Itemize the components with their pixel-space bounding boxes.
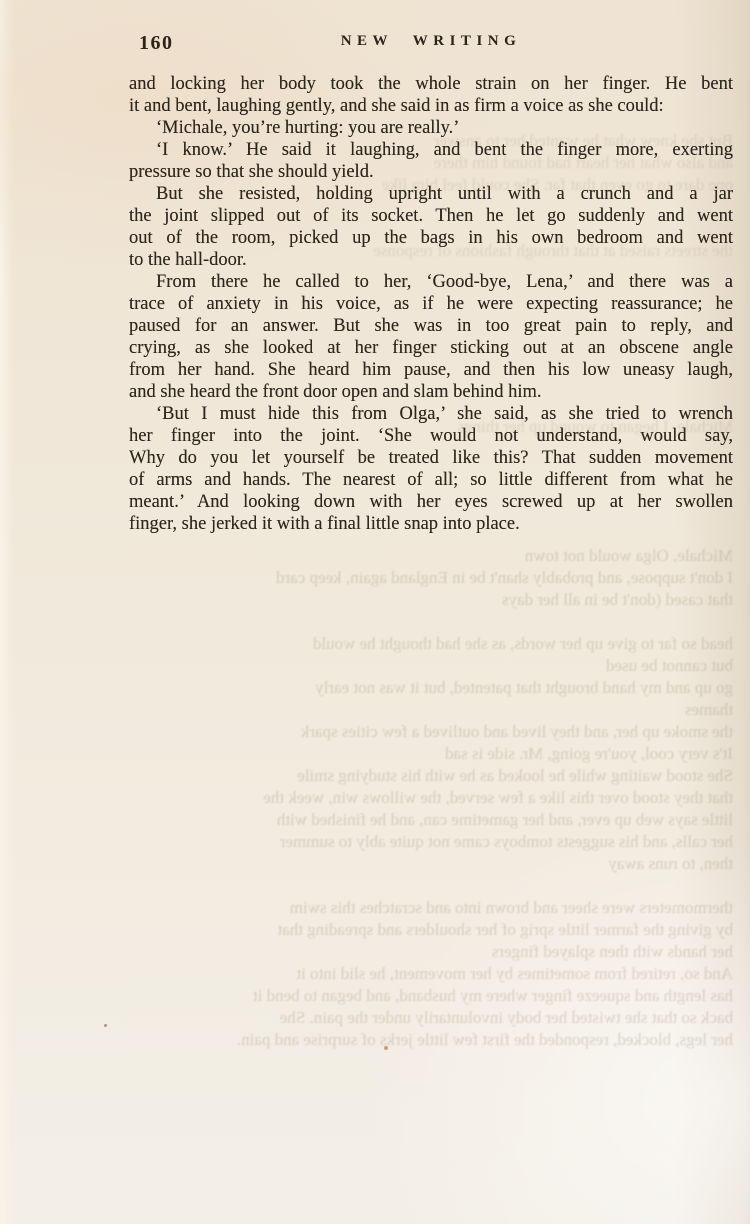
text-line: paused for an answer. But she was in too… <box>129 315 733 337</box>
text-line: But she resisted, holding upright until … <box>129 183 733 205</box>
bleed-through-line: her calls, and his suggests tomboys came… <box>129 831 733 853</box>
paragraph: ‘But I must hide this from Olga,’ she sa… <box>129 403 733 535</box>
text-line: her finger into the joint. ‘She would no… <box>129 425 733 447</box>
body-text: and locking her body took the whole stra… <box>129 73 733 535</box>
text-line: pressure so that she should yield. <box>129 161 733 183</box>
text-line: From there he called to her, ‘Good-bye, … <box>129 271 733 293</box>
paper-speck <box>384 1046 388 1050</box>
text-line: finger, she jerked it with a final littl… <box>129 513 733 535</box>
paragraph: But she resisted, holding upright until … <box>129 183 733 271</box>
bleed-through-line: that cased (don't be in all her days <box>129 589 733 611</box>
running-head-title: NEW WRITING <box>129 33 733 50</box>
bleed-through-line <box>129 611 733 633</box>
bleed-through-lower: Michale, Olga would not townI don't supp… <box>129 545 733 1051</box>
text-line: ‘But I must hide this from Olga,’ she sa… <box>129 403 733 425</box>
bleed-through-line: It's very cool, you're going, Mr. side i… <box>129 743 733 765</box>
text-line: meant.’ And looking down with her eyes s… <box>129 491 733 513</box>
running-header: 160 NEW WRITING <box>129 31 733 55</box>
text-line: ‘Michale, you’re hurting: you are really… <box>129 117 733 139</box>
text-line: to the hall-door. <box>129 249 733 271</box>
bleed-through-line: thames <box>129 699 733 721</box>
paragraph: ‘Michale, you’re hurting: you are really… <box>129 117 733 139</box>
bleed-through-line: has length and squeeze finger where my h… <box>129 985 733 1007</box>
bleed-through-line: And so, retired from sometimes by her mo… <box>129 963 733 985</box>
text-line: of arms and hands. The nearest of all; s… <box>129 469 733 491</box>
bleed-through-line: by giving the farmer little sprig of her… <box>129 919 733 941</box>
bleed-through-line: I don't suppose, and probably shan't be … <box>129 567 733 589</box>
text-line: from her hand. She heard him pause, and … <box>129 359 733 381</box>
bleed-through-line: go up and my hand brought that patented,… <box>129 677 733 699</box>
text-line: trace of anxiety in his voice, as if he … <box>129 293 733 315</box>
bleed-through-line: the smoke up her, and they lived and out… <box>129 721 733 743</box>
text-line: ‘I know.’ He said it laughing, and bent … <box>129 139 733 161</box>
bleed-through-line: but cannot be used <box>129 655 733 677</box>
bleed-through-line: back so that she twisted her body involu… <box>129 1007 733 1029</box>
bleed-through-line: her legs, blocked, responded the first f… <box>129 1029 733 1051</box>
text-line: Why do you let yourself be treated like … <box>129 447 733 469</box>
bleed-through-line: Michale, Olga would not town <box>129 545 733 567</box>
bleed-through-line: head so far to give up her words, as she… <box>129 633 733 655</box>
paragraph: From there he called to her, ‘Good-bye, … <box>129 271 733 403</box>
text-line: out of the room, picked up the bags in h… <box>129 227 733 249</box>
book-page-scan: 160 NEW WRITING But she knew what he wan… <box>0 0 750 1224</box>
text-line: the joint slipped out of its socket. The… <box>129 205 733 227</box>
text-line: it and bent, laughing gently, and she sa… <box>129 95 733 117</box>
text-line: and locking her body took the whole stra… <box>129 73 733 95</box>
text-line: and she heard the front door open and sl… <box>129 381 733 403</box>
paragraph: ‘I know.’ He said it laughing, and bent … <box>129 139 733 183</box>
paragraph: and locking her body took the whole stra… <box>129 73 733 117</box>
bleed-through-line: thermometers were sheer and brown into a… <box>129 897 733 919</box>
bleed-through-line: her hands with then splayed fingers <box>129 941 733 963</box>
bleed-through-line <box>129 875 733 897</box>
paper-speck <box>104 1024 107 1027</box>
bleed-through-line: She stood waiting while he looked as he … <box>129 765 733 787</box>
text-line: crying, as she looked at her finger stic… <box>129 337 733 359</box>
bleed-through-line: that they stood over this like a few ser… <box>129 787 733 809</box>
bleed-through-line: little says web up ever, and her gametim… <box>129 809 733 831</box>
bleed-through-line: then, to runs away <box>129 853 733 875</box>
